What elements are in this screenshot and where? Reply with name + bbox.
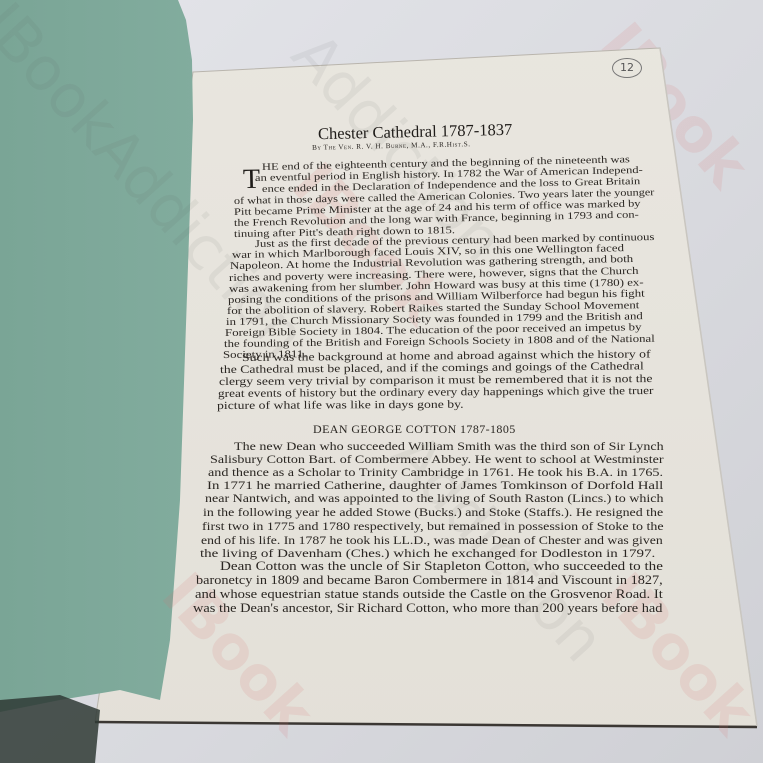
text-line: baronetcy in 1809 and became Baron Combe…	[196, 573, 663, 587]
text-line: first two in 1775 and 1780 respectively,…	[202, 519, 664, 533]
text-line: picture of what life was like in days go…	[217, 399, 464, 413]
text-line: Dean Cotton was the uncle of Sir Staplet…	[220, 559, 663, 573]
text-line: end of his life. In 1787 he took his LL.…	[201, 533, 663, 547]
text-line: In 1771 he married Catherine, daughter o…	[207, 478, 663, 492]
text-line: and whose equestrian statue stands outsi…	[195, 587, 663, 601]
text-line: Salisbury Cotton Bart. of Combermere Abb…	[210, 452, 664, 466]
text-line: the living of Davenham (Ches.) which he …	[200, 546, 655, 560]
text-line: was the Dean's ancestor, Sir Richard Cot…	[193, 601, 662, 615]
page-text: 12 Chester Cathedral 1787-1837 By The Ve…	[0, 0, 763, 763]
page-number-annotation: 12	[612, 58, 642, 78]
text-line: in the following year he added Stowe (Bu…	[203, 505, 663, 519]
text-line: The new Dean who succeeded William Smith…	[234, 439, 664, 453]
section-heading: DEAN GEORGE COTTON 1787-1805	[313, 422, 516, 437]
text-line: and thence as a Scholar to Trinity Cambr…	[208, 465, 663, 479]
text-line: near Nantwich, and was appointed to the …	[205, 491, 664, 505]
